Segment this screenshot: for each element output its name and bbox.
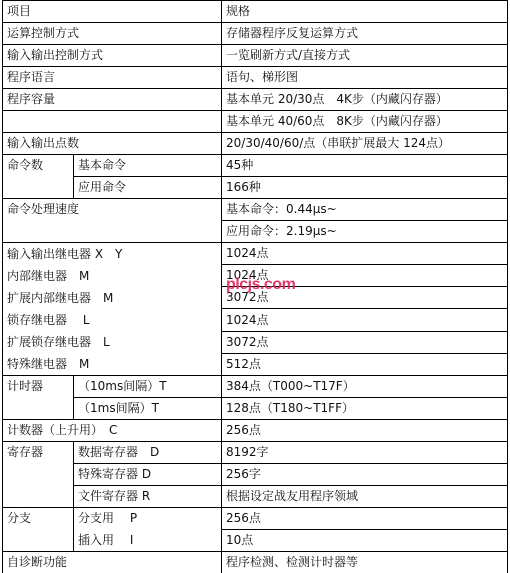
row-value: 10点 [222,530,508,552]
row-label: 自诊断功能 [3,552,222,573]
group-label: 寄存器 [3,442,74,508]
row-value: 1024点 [222,265,508,287]
row-value: 基本单元 40/60点 8K步（内藏闪存器） [222,111,508,133]
relay-label: 内部继电器 M [7,265,221,287]
relay-labels: 输入输出继电器 X Y 内部继电器 M 扩展内部继电器 M 锁存继电器 L 扩展… [3,243,222,376]
row-value: 基本命令：0.44μs~ [222,199,508,221]
relay-label: 输入输出继电器 X Y [7,243,221,265]
table-row: 命令数 基本命令 45种 [3,155,508,177]
relay-label: 特殊继电器 M [7,353,221,375]
row-value: 根据设定战友用程序领域 [222,486,508,508]
table-row: 命令处理速度 基本命令：0.44μs~ [3,199,508,221]
row-value: 45种 [222,155,508,177]
row-label: 输入输出点数 [3,133,222,155]
group-label: 计时器 [3,376,74,420]
table-row: 分支 分支用 P 256点 [3,508,508,530]
table-row: 程序容量 基本单元 20/30点 4K步（内藏闪存器） [3,89,508,111]
header-row: 项目 规格 [3,1,508,23]
table-row: 输入输出控制方式 一览刷新方式/直接方式 [3,45,508,67]
row-value: 20/30/40/60/点（串联扩展最大 124点） [222,133,508,155]
row-value: 基本单元 20/30点 4K步（内藏闪存器） [222,89,508,111]
row-value: 8192字 [222,442,508,464]
row-value: 1024点 [222,243,508,265]
sub-label: （10ms间隔）T [74,376,222,398]
row-value: 3072点 [222,331,508,353]
table-row: 应用命令 166种 [3,177,508,199]
row-value: 存储器程序反复运算方式 [222,23,508,45]
relay-label: 锁存继电器 L [7,309,221,331]
row-label: 计数器（上升用） C [3,420,222,442]
row-value: 语句、梯形图 [222,67,508,89]
table-row: 基本单元 40/60点 8K步（内藏闪存器） [3,111,508,133]
header-spec: 规格 [222,1,508,23]
table-row: 文件寄存器 R 根据设定战友用程序领域 [3,486,508,508]
row-value: 384点（T000~T17F） [222,376,508,398]
table-row: 输入输出继电器 X Y 内部继电器 M 扩展内部继电器 M 锁存继电器 L 扩展… [3,243,508,265]
table-row: 特殊寄存器 D 256字 [3,464,508,486]
sub-label: 基本命令 [74,155,222,177]
table-row: 运算控制方式 存储器程序反复运算方式 [3,23,508,45]
group-label: 命令数 [3,155,74,199]
row-value: 3072点 [222,287,508,309]
row-label-empty [3,111,222,133]
sub-label: 特殊寄存器 D [74,464,222,486]
table-row: 计时器 （10ms间隔）T 384点（T000~T17F） [3,376,508,398]
sub-label: （1ms间隔）T [74,398,222,420]
row-value: 程序检测、检测计时器等 [222,552,508,573]
sub-label: 分支用 P [74,508,222,530]
row-label: 程序容量 [3,89,222,111]
row-label: 程序语言 [3,67,222,89]
row-value: 256字 [222,464,508,486]
row-label: 命令处理速度 [3,199,222,243]
row-value: 256点 [222,420,508,442]
row-value: 166种 [222,177,508,199]
group-label: 分支 [3,508,74,552]
spec-table: 项目 规格 运算控制方式 存储器程序反复运算方式 输入输出控制方式 一览刷新方式… [2,0,508,573]
row-value: 应用命令：2.19μs~ [222,221,508,243]
row-value: 256点 [222,508,508,530]
row-value: 一览刷新方式/直接方式 [222,45,508,67]
table-row: 程序语言 语句、梯形图 [3,67,508,89]
sub-label: 文件寄存器 R [74,486,222,508]
sub-label: 插入用 I [74,530,222,552]
relay-label: 扩展内部继电器 M [7,287,221,309]
row-value: 128点（T180~T1FF） [222,398,508,420]
header-item: 项目 [3,1,222,23]
row-value: 512点 [222,353,508,375]
sub-label: 数据寄存器 D [74,442,222,464]
sub-label: 应用命令 [74,177,222,199]
row-label: 输入输出控制方式 [3,45,222,67]
row-label: 运算控制方式 [3,23,222,45]
table-row: （1ms间隔）T 128点（T180~T1FF） [3,398,508,420]
table-row: 插入用 I 10点 [3,530,508,552]
table-row: 计数器（上升用） C 256点 [3,420,508,442]
table-row: 寄存器 数据寄存器 D 8192字 [3,442,508,464]
table-row: 输入输出点数 20/30/40/60/点（串联扩展最大 124点） [3,133,508,155]
relay-label: 扩展锁存继电器 L [7,331,221,353]
table-row: 自诊断功能 程序检测、检测计时器等 [3,552,508,573]
row-value: 1024点 [222,309,508,331]
